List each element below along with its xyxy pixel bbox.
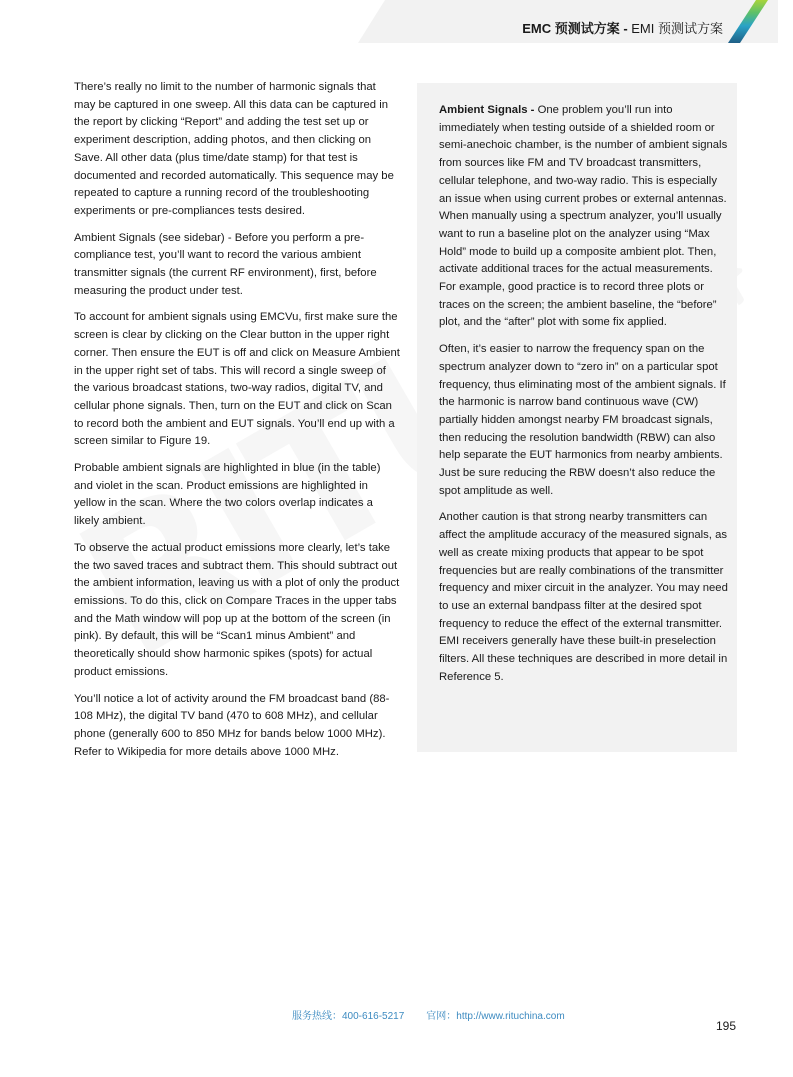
paragraph: There’s really no limit to the number of… (74, 79, 400, 221)
header-separator: - (620, 21, 632, 36)
sidebar-box: Ambient Signals - One problem you’ll run… (417, 83, 737, 752)
sidebar-content: Ambient Signals - One problem you’ll run… (439, 102, 729, 696)
running-header: EMC 预测试方案 - EMI 预测试方案 (522, 18, 723, 37)
sidebar-lead-heading: Ambient Signals (439, 104, 528, 116)
sidebar-paragraph-text: One problem you’ll run into immediately … (439, 104, 727, 328)
sidebar-paragraph: Often, it’s easier to narrow the frequen… (439, 341, 729, 500)
header-title-regular: EMI 预测试方案 (631, 21, 723, 36)
sidebar-paragraph: Ambient Signals - One problem you’ll run… (439, 102, 729, 332)
page-number: 195 (716, 1019, 736, 1033)
paragraph: To account for ambient signals using EMC… (74, 309, 400, 451)
paragraph: Probable ambient signals are highlighted… (74, 460, 400, 531)
paragraph: Ambient Signals (see sidebar) - Before y… (74, 230, 400, 301)
paragraph: To observe the actual product emissions … (74, 540, 400, 682)
paragraph: You’ll notice a lot of activity around t… (74, 691, 400, 762)
footer-contact: 服务热线：400-616-5217官网：http://www.rituchina… (292, 1007, 565, 1022)
footer-website-link[interactable]: 官网：http://www.rituchina.com (426, 1011, 564, 1022)
sidebar-paragraph: Another caution is that strong nearby tr… (439, 509, 729, 686)
sidebar-lead-separator: - (528, 104, 538, 116)
main-column: There’s really no limit to the number of… (74, 79, 400, 770)
footer-hotline: 服务热线：400-616-5217 (292, 1011, 404, 1022)
header-title-bold: EMC 预测试方案 (522, 21, 620, 36)
